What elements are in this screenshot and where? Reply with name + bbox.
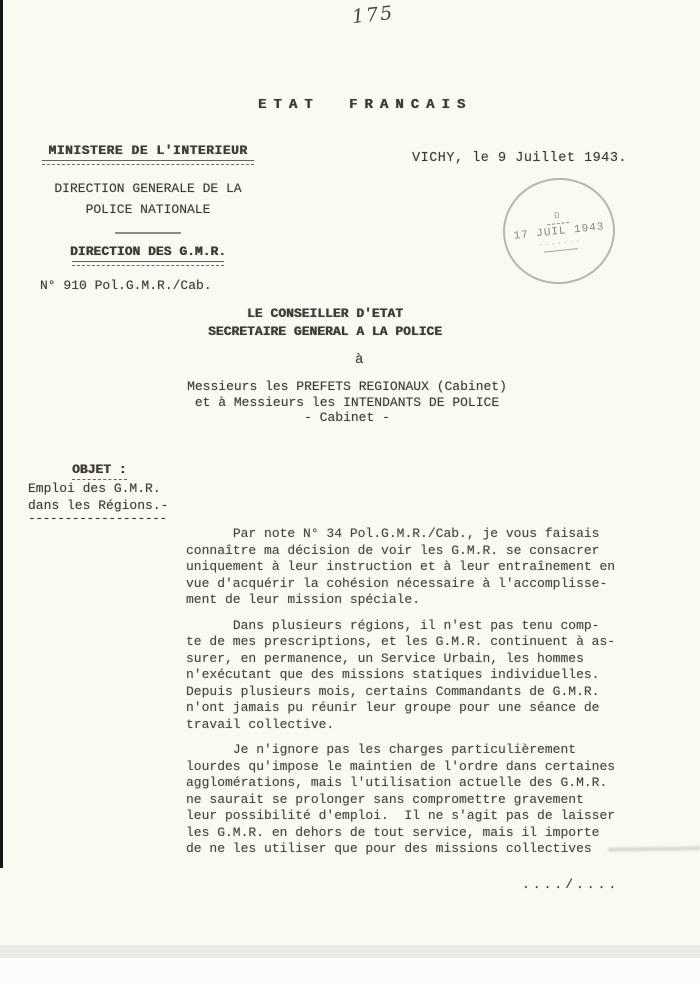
subdirection-title: DIRECTION DES G.M.R.	[70, 244, 226, 259]
recipient-line2: et à Messieurs les INTENDANTS DE POLICE	[172, 395, 522, 411]
direction-line1: DIRECTION GENERALE DE LA	[40, 178, 256, 199]
ministry-title: MINISTERE DE L'INTERIEUR	[40, 143, 256, 158]
body-paragraph-1: Par note N° 34 Pol.G.M.R./Cab., je vous …	[186, 526, 638, 609]
recipients-block: Messieurs les PREFETS REGIONAUX (Cabinet…	[172, 379, 522, 426]
body-paragraph-3: Je n'ignore pas les charges particulière…	[186, 742, 638, 858]
stamp-top-letter: D	[554, 211, 561, 222]
scan-bottom-band	[0, 945, 700, 958]
recipient-line1: Messieurs les PREFETS REGIONAUX (Cabinet…	[172, 379, 522, 395]
scan-smudge	[608, 846, 700, 852]
sender-title-block: LE CONSEILLER D'ETAT SECRETAIRE GENERAL …	[165, 305, 485, 341]
objet-block: OBJET : Emploi des G.M.R. dans les Régio…	[28, 461, 213, 524]
recipient-line3: - Cabinet -	[172, 410, 522, 426]
letterhead-divider	[115, 232, 181, 234]
subdirection-block: DIRECTION DES G.M.R.	[70, 244, 226, 266]
scanned-letter-page: 175 ETAT FRANCAIS MINISTERE DE L'INTERIE…	[0, 0, 700, 984]
objet-label: OBJET :	[72, 461, 127, 480]
state-title: ETAT FRANCAIS	[258, 97, 472, 113]
address-preposition: à	[355, 352, 363, 368]
subdirection-underline	[72, 261, 224, 266]
objet-subject-line1: Emploi des G.M.R.	[28, 480, 213, 497]
dateline: VICHY, le 9 Juillet 1943.	[412, 151, 627, 166]
handwritten-page-number: 175	[351, 2, 395, 28]
scan-left-edge	[0, 0, 3, 868]
objet-underline-dashes: -------------------	[28, 514, 213, 524]
scan-bottom-margin	[0, 958, 700, 984]
letterhead: MINISTERE DE L'INTERIEUR DIRECTION GENER…	[40, 143, 256, 293]
letter-body: Par note N° 34 Pol.G.M.R./Cab., je vous …	[186, 526, 638, 867]
date-stamp: D 17 JUIL 1943 ·······	[498, 172, 620, 289]
direction-line2: POLICE NATIONALE	[40, 199, 256, 220]
ministry-underline	[42, 160, 254, 165]
body-paragraph-2: Dans plusieurs régions, il n'est pas ten…	[186, 618, 638, 734]
continuation-mark: ..../....	[522, 877, 619, 892]
sender-title-line1: LE CONSEILLER D'ETAT	[165, 305, 485, 323]
direction-generale: DIRECTION GENERALE DE LA POLICE NATIONAL…	[40, 178, 256, 220]
sender-title-line2: SECRETAIRE GENERAL A LA POLICE	[165, 323, 485, 341]
reference-number: N° 910 Pol.G.M.R./Cab.	[40, 278, 256, 293]
